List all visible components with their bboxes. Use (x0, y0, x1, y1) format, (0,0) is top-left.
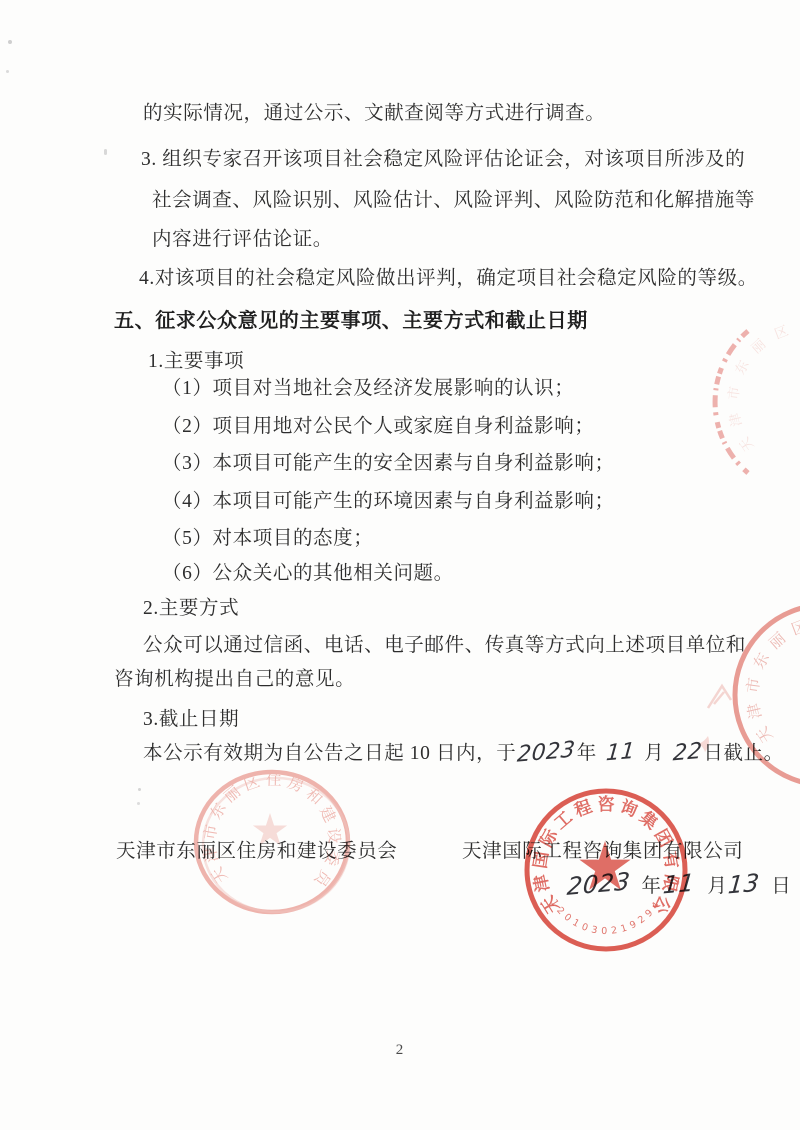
date-day-handwritten: 13 (726, 870, 762, 897)
deadline-month-handwritten: 11 (604, 741, 637, 766)
svg-text:天津市东丽区住房和建设委员会: 天津市东丽区住房和建设委员会 (700, 300, 800, 455)
body-line-point3-2: 社会调查、风险识别、风险估计、风险评判、风险防范和化解措施等 (152, 188, 755, 213)
edge-seal-middle: 天津市东丽区住房和建设委员会 (700, 600, 800, 800)
list-item-2: （2）项目用地对公民个人或家庭自身利益影响； (162, 414, 594, 439)
scan-speck (6, 70, 9, 73)
seal-code-number: 1201030219294 (548, 898, 662, 937)
body-line-continuation: 的实际情况，通过公示、文献查阅等方式进行调查。 (143, 101, 605, 126)
deadline-suffix: 日截止。 (703, 743, 783, 764)
scan-speck (104, 149, 107, 155)
list-item-1: （1）项目对当地社会及经济发展影响的认识； (162, 376, 574, 401)
deadline-month-label: 月 (644, 743, 664, 764)
scan-speck (8, 40, 12, 44)
list-item-3: （3）本项目可能产生的安全因素与自身利益影响； (162, 451, 615, 476)
deadline-year-handwritten: 2023 (516, 739, 578, 767)
left-organization-name: 天津市东丽区住房和建设委员会 (116, 839, 397, 864)
deadline-prefix: 本公示有效期为自公告之日起 10 日内，于 (143, 743, 516, 764)
date-year-label: 年 (641, 876, 661, 897)
seal-star-fragment (708, 686, 731, 708)
seal-ring-text: 天津市东丽区住房和建设委员会 (700, 300, 800, 455)
sub3-title: 3.截止日期 (143, 707, 239, 732)
seal-ring-text: 天津市东丽区住房和建设委员会 (700, 600, 800, 747)
deadline-year-label: 年 (577, 743, 597, 764)
sub2-line2: 咨询机构提出自己的意见。 (114, 667, 355, 692)
sub2-line1: 公众可以通过信函、电话、电子邮件、传真等方式向上述项目单位和 (143, 633, 746, 658)
svg-text:天津市东丽区住房和建设委员会: 天津市东丽区住房和建设委员会 (180, 755, 343, 891)
scan-speck (138, 788, 141, 791)
date-month-handwritten: 11 (661, 870, 697, 897)
body-line-point4: 4.对该项目的社会稳定风险做出评判，确定项目社会稳定风险的等级。 (139, 266, 758, 291)
page-number: 2 (0, 1042, 800, 1059)
body-line-point3-1: 3. 组织专家召开该项目社会稳定风险评估论证会，对该项目所涉及的 (141, 147, 745, 172)
scan-speck (137, 802, 140, 805)
document-page: 的实际情况，通过公示、文献查阅等方式进行调查。 3. 组织专家召开该项目社会稳定… (0, 0, 800, 1130)
date-day-label: 日 (771, 876, 791, 897)
svg-text:天津市东丽区住房和建设委员会: 天津市东丽区住房和建设委员会 (700, 600, 800, 747)
seal-ring-text: 天津市东丽区住房和建设委员会 (180, 755, 343, 891)
date-year-handwritten: 2023 (565, 869, 632, 899)
deadline-day-handwritten: 22 (671, 741, 704, 766)
svg-text:1201030219294: 1201030219294 (548, 898, 662, 937)
deadline-line: 本公示有效期为自公告之日起 10 日内，于2023年11月22日截止。 (143, 741, 784, 766)
list-item-4: （4）本项目可能产生的环境因素与自身利益影响； (162, 489, 615, 514)
sub1-title: 1.主要事项 (148, 349, 244, 374)
date-month-label: 月 (707, 876, 727, 897)
signature-date: 2023年11月13日 (566, 872, 791, 899)
list-item-5: （5）对本项目的态度； (162, 526, 373, 551)
edge-seal-top: 天津市东丽区住房和建设委员会 (700, 300, 800, 510)
right-organization-name: 天津国际工程咨询集团有限公司 (462, 839, 743, 864)
section5-heading: 五、征求公众意见的主要事项、主要方式和截止日期 (114, 308, 588, 334)
list-item-6: （6）公众关心的其他相关问题。 (162, 561, 454, 586)
sub2-title: 2.主要方式 (143, 596, 239, 621)
body-line-point3-3: 内容进行评估论证。 (152, 227, 333, 252)
